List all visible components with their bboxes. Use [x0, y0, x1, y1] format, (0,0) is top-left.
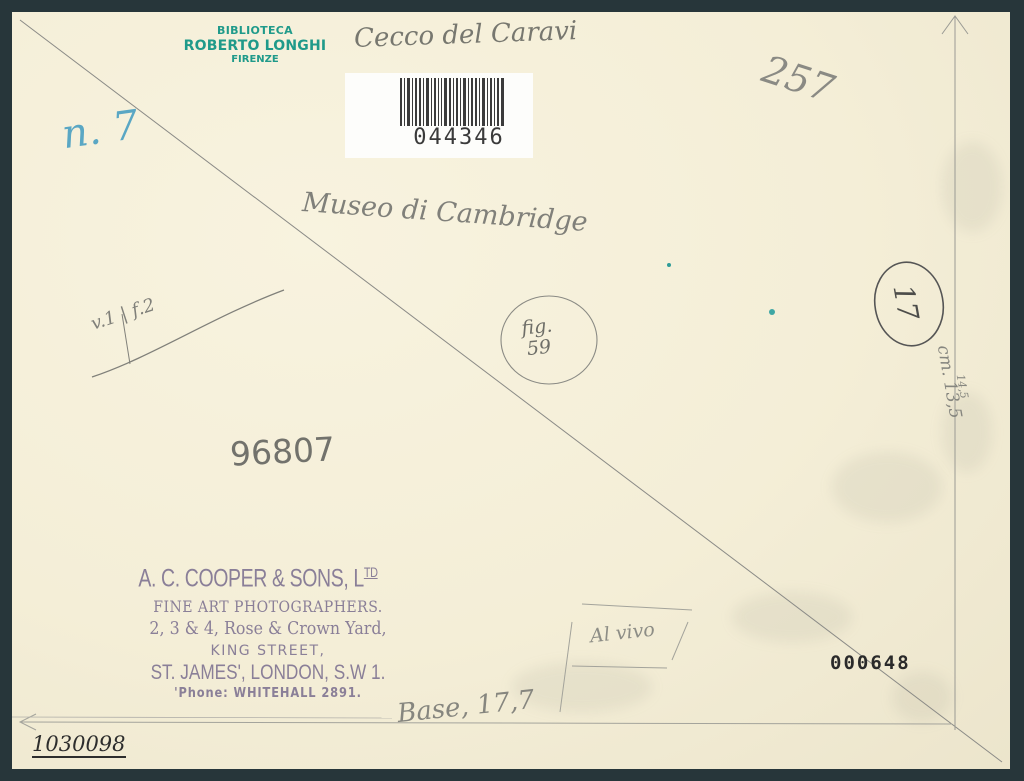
- ink-speck: [667, 263, 671, 267]
- photographer-stamp: A. C. COOPER & SONS, LTD FINE ART PHOTOG…: [108, 564, 428, 701]
- handwritten-circled-number: 17: [886, 282, 925, 323]
- barcode-label: 044346: [345, 73, 533, 158]
- barcode-number: 044346: [400, 125, 518, 150]
- library-stamp: BIBLIOTECA ROBERTO LONGHI FIRENZE: [180, 25, 330, 65]
- photographer-stamp-line4: KING STREET,: [108, 643, 428, 659]
- ink-speck: [769, 309, 775, 315]
- library-stamp-line2: ROBERTO LONGHI: [180, 38, 330, 54]
- library-stamp-line3: FIRENZE: [180, 54, 330, 66]
- barcode-icon: [400, 78, 515, 126]
- inventory-number: 1030098: [32, 734, 126, 758]
- photographer-stamp-phone: 'Phone: WHITEHALL 2891.: [127, 686, 409, 701]
- photographer-stamp-line3: 2, 3 & 4, Rose & Crown Yard,: [127, 618, 409, 639]
- handwritten-catalog-number: 96807: [229, 429, 336, 473]
- serial-stamp-number: 000648: [830, 652, 911, 674]
- photographer-stamp-line2: FINE ART PHOTOGRAPHERS.: [127, 597, 409, 616]
- photo-back-paper: BIBLIOTECA ROBERTO LONGHI FIRENZE 044346…: [12, 12, 1010, 769]
- photographer-stamp-name: A. C. COOPER & SONS, LTD: [125, 564, 390, 593]
- library-stamp-line1: BIBLIOTECA: [180, 25, 330, 38]
- photographer-stamp-line5: ST. JAMES', LONDON, S.W 1.: [137, 661, 399, 685]
- handwritten-figure-ref: fig. 59: [508, 314, 568, 361]
